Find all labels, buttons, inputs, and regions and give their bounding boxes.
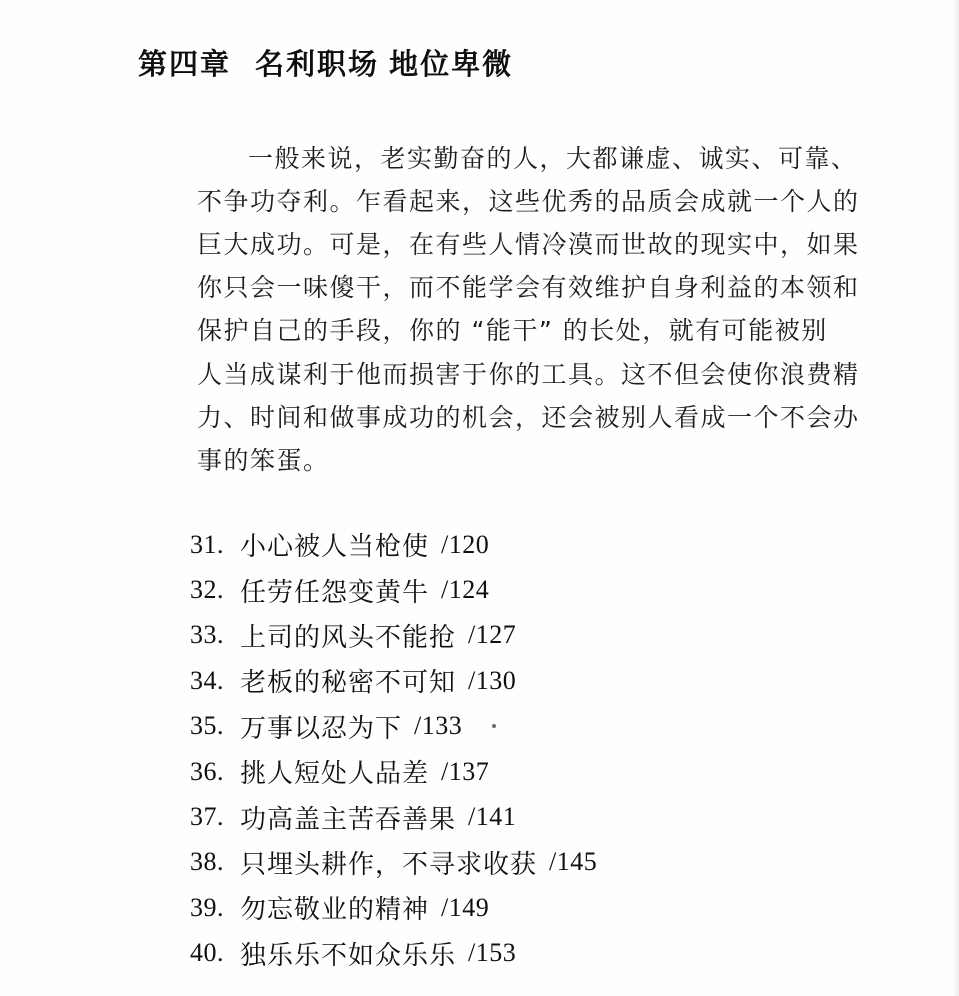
intro-line: 你只会一味傻干，而不能学会有效维护自身利益的本领和	[197, 265, 847, 308]
toc-item-number: 37.	[190, 802, 240, 832]
toc-item-page: /153	[468, 938, 516, 968]
toc-item-title: 挑人短处人品差	[240, 753, 429, 790]
toc-item-page: /127	[468, 620, 516, 650]
toc-item: 38.只埋头耕作，不寻求收获/145	[190, 840, 790, 885]
toc-item-page: /149	[441, 893, 489, 923]
toc-item: 33.上司的风头不能抢/127	[190, 613, 790, 658]
toc-item-number: 38.	[190, 847, 240, 877]
intro-line: 不争功夺利。乍看起来，这些优秀的品质会成就一个人的	[197, 178, 847, 221]
ink-speck	[492, 724, 496, 728]
toc-item-title: 只埋头耕作，不寻求收获	[240, 844, 537, 881]
toc-item-title: 上司的风头不能抢	[240, 617, 456, 654]
toc-item-title: 任劳任怨变黄牛	[240, 572, 429, 609]
toc-item-title: 老板的秘密不可知	[240, 662, 456, 699]
intro-line: 力、时间和做事成功的机会，还会被别人看成一个不会办	[197, 394, 847, 437]
toc-item: 40.独乐乐不如众乐乐/153	[190, 931, 790, 976]
intro-line: 人当成谋利于他而损害于你的工具。这不但会使你浪费精	[197, 351, 847, 394]
chapter-heading: 第四章名利职场 地位卑微	[138, 42, 513, 83]
chapter-number: 第四章	[138, 49, 231, 81]
toc-list: 31.小心被人当枪使/12032.任劳任怨变黄牛/12433.上司的风头不能抢/…	[190, 522, 790, 976]
toc-item-page: /130	[468, 666, 516, 696]
toc-item-number: 33.	[190, 620, 240, 650]
toc-item: 36.挑人短处人品差/137	[190, 749, 790, 794]
toc-item: 39.勿忘敬业的精神/149	[190, 885, 790, 930]
toc-item-title: 勿忘敬业的精神	[240, 889, 429, 926]
toc-item-title: 小心被人当枪使	[240, 526, 429, 563]
toc-item-number: 39.	[190, 893, 240, 923]
toc-item-page: /141	[468, 802, 516, 832]
toc-item-title: 万事以忍为下	[240, 708, 402, 745]
toc-item-number: 34.	[190, 666, 240, 696]
chapter-intro-paragraph: 一般来说，老实勤奋的人，大都谦虚、诚实、可靠、不争功夺利。乍看起来，这些优秀的品…	[197, 135, 847, 481]
toc-item: 37.功高盖主苦吞善果/141	[190, 794, 790, 839]
toc-item-title: 独乐乐不如众乐乐	[240, 935, 456, 972]
toc-item: 32.任劳任怨变黄牛/124	[190, 567, 790, 612]
toc-item-page: /124	[441, 575, 489, 605]
toc-item: 31.小心被人当枪使/120	[190, 522, 790, 567]
toc-item-title: 功高盖主苦吞善果	[240, 799, 456, 836]
toc-item-page: /145	[549, 847, 597, 877]
toc-item-page: /120	[441, 530, 489, 560]
toc-item-number: 35.	[190, 711, 240, 741]
toc-item-number: 31.	[190, 530, 240, 560]
toc-item-page: /133	[414, 711, 462, 741]
intro-line: 巨大成功。可是，在有些人情冷漠而世故的现实中，如果	[197, 221, 847, 264]
toc-item-number: 40.	[190, 938, 240, 968]
intro-line: 保护自己的手段，你的 “能干” 的长处，就有可能被别	[197, 308, 847, 351]
book-page: 第四章名利职场 地位卑微 一般来说，老实勤奋的人，大都谦虚、诚实、可靠、不争功夺…	[0, 0, 959, 996]
intro-line: 一般来说，老实勤奋的人，大都谦虚、诚实、可靠、	[197, 135, 847, 178]
chapter-title: 名利职场 地位卑微	[255, 49, 513, 81]
toc-item-number: 36.	[190, 757, 240, 787]
toc-item-page: /137	[441, 757, 489, 787]
toc-item: 35.万事以忍为下/133	[190, 704, 790, 749]
scan-edge-shadow	[952, 0, 959, 996]
toc-item: 34.老板的秘密不可知/130	[190, 658, 790, 703]
toc-item-number: 32.	[190, 575, 240, 605]
intro-line: 事的笨蛋。	[197, 437, 847, 480]
